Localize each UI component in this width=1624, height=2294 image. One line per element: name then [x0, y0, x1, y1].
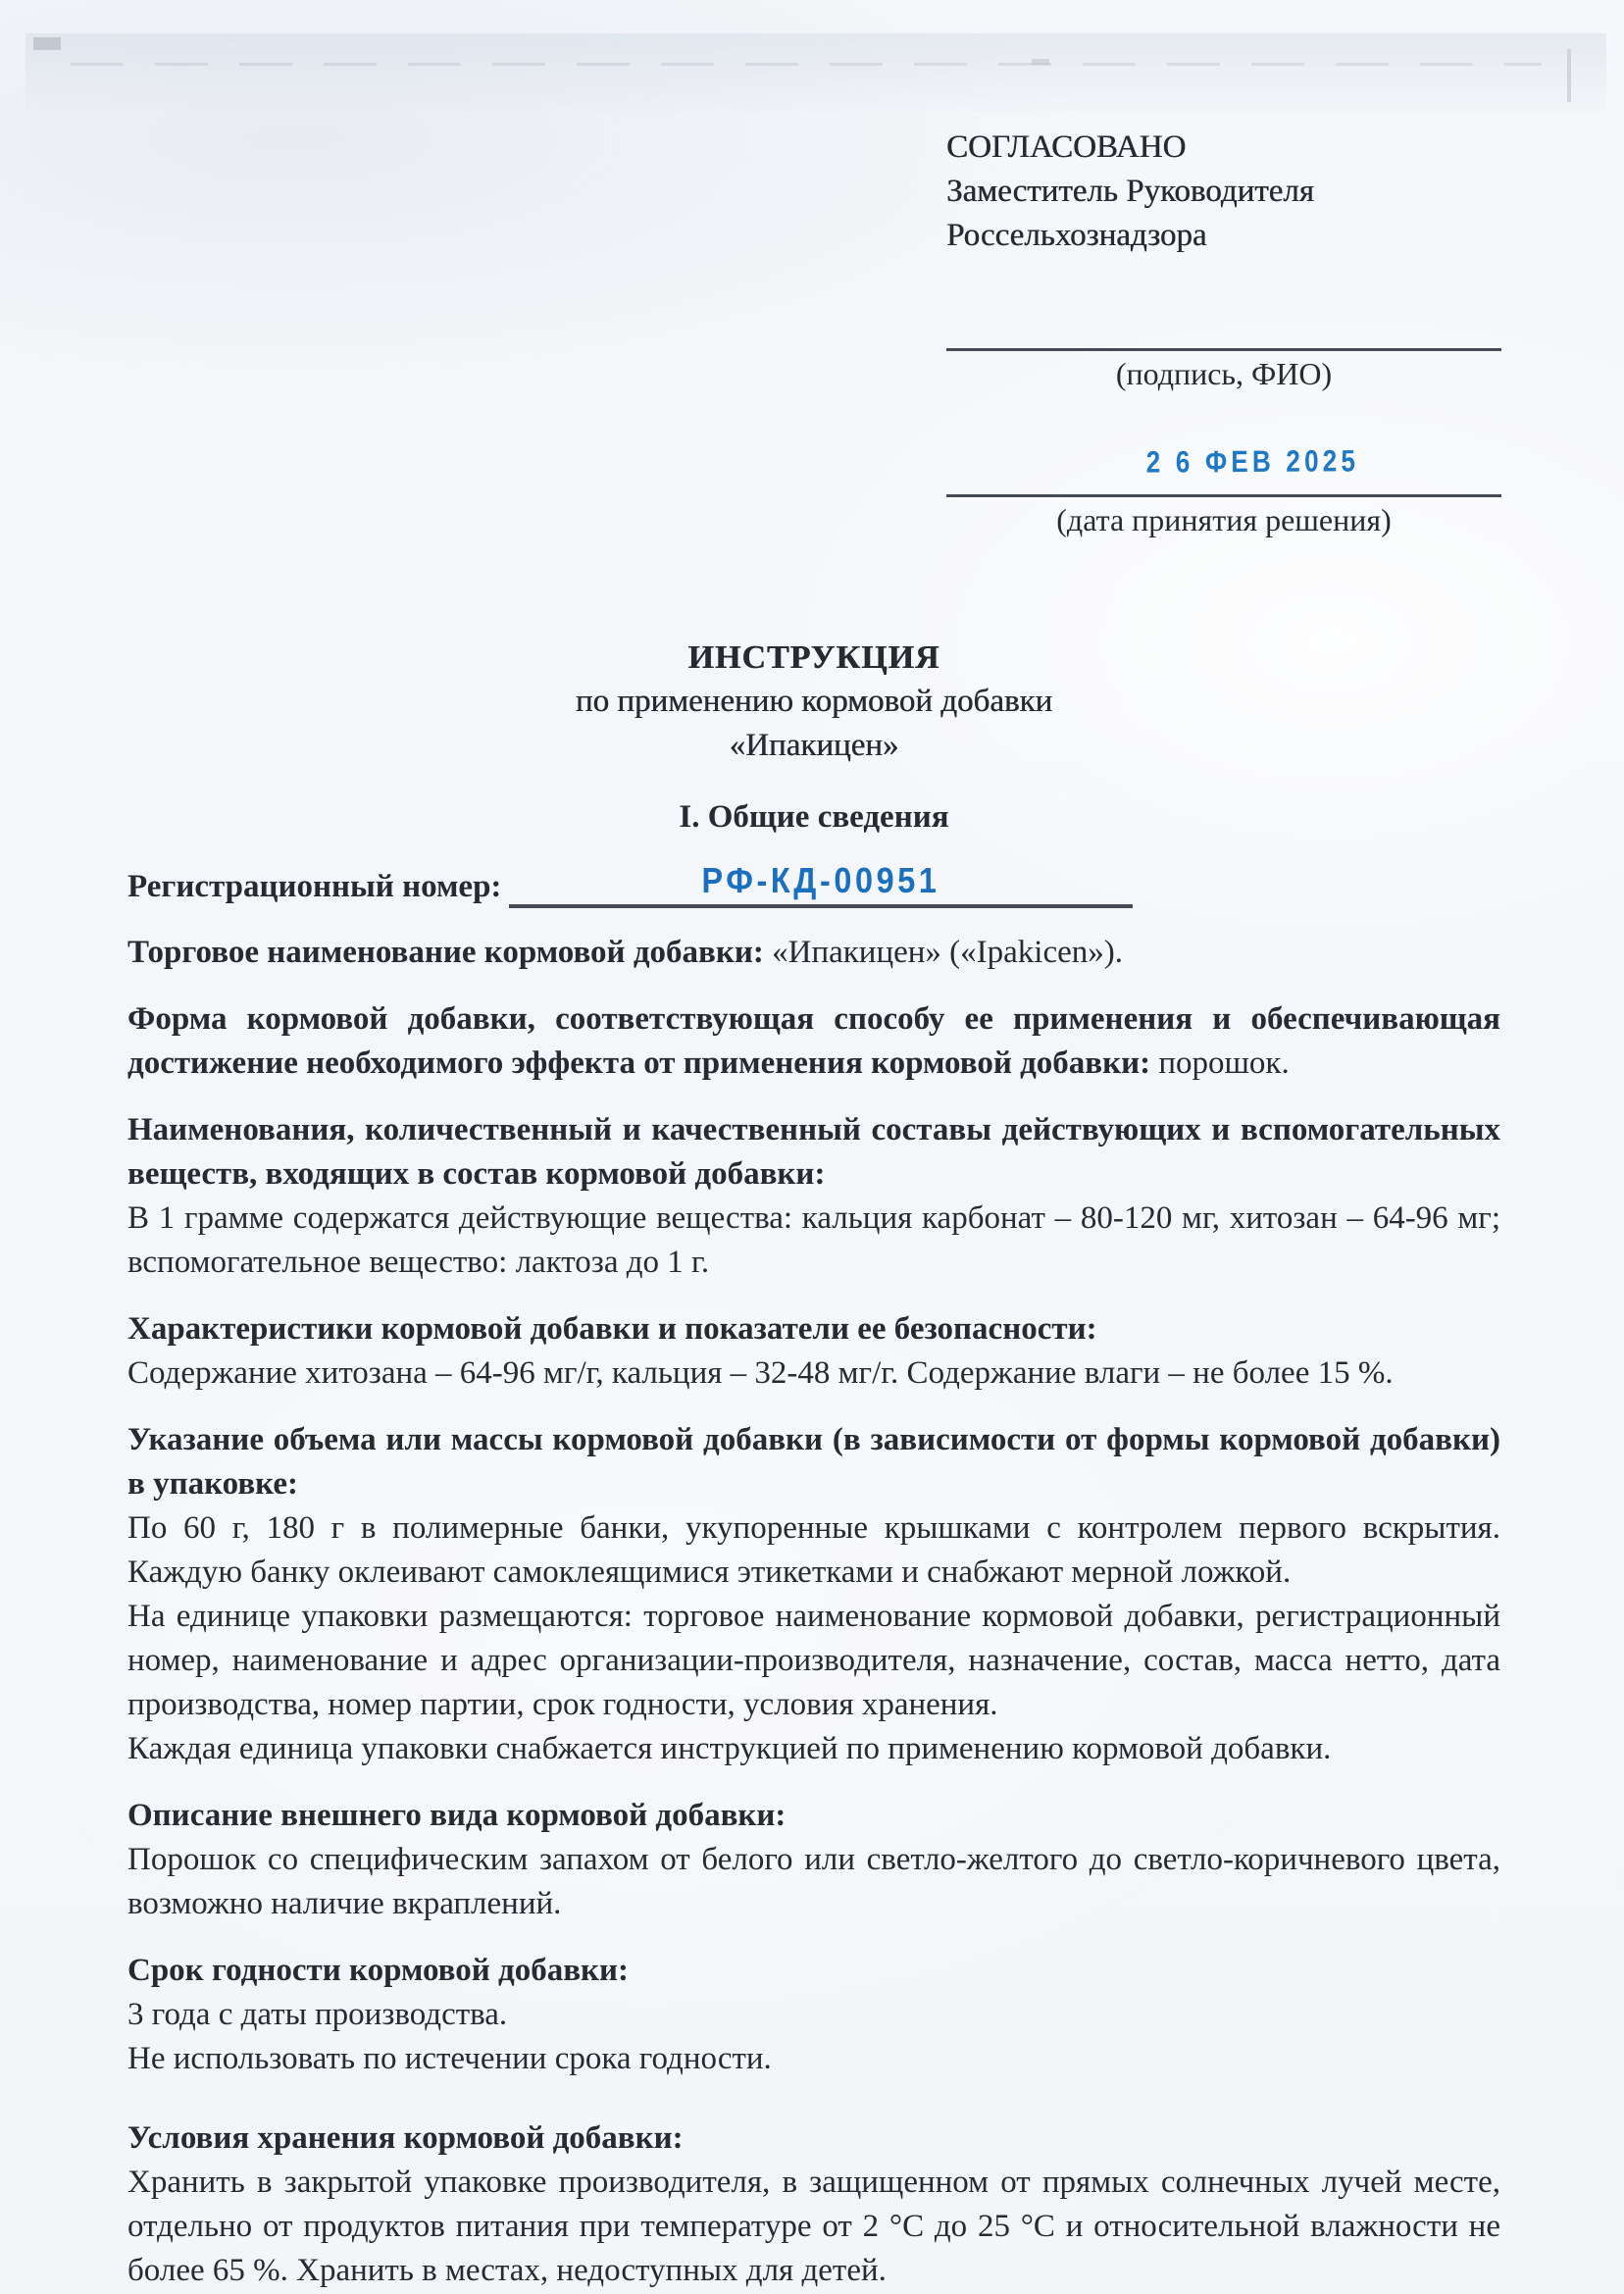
block-paragraph: Каждая единица упаковки снабжается инстр…: [127, 1727, 1500, 1771]
block-paragraph: 3 года с даты производства.: [127, 1993, 1500, 2037]
paragraph-block-packaging: Указание объема или массы кормовой добав…: [127, 1418, 1500, 1771]
block-paragraph: Не использовать по истечении срока годно…: [127, 2037, 1500, 2081]
paragraph-block-composition: Наименования, количественный и качествен…: [127, 1108, 1500, 1285]
scan-artifact-speck: [1032, 59, 1049, 65]
signature-caption: (подпись, ФИО): [946, 354, 1501, 393]
scan-artifact-band: [25, 33, 1606, 112]
registration-underline: РФ-КД-00951: [509, 859, 1133, 908]
block-heading: Указание объема или массы кормовой добав…: [127, 1422, 1500, 1502]
scan-artifact-dash: [33, 37, 61, 50]
block-paragraph: Содержание хитозана – 64-96 мг/г, кальци…: [127, 1351, 1500, 1396]
block-paragraph: Порошок со специфическим запахом от бело…: [127, 1838, 1500, 1926]
scan-artifact-line: [71, 63, 1542, 66]
date-stamp: 2 6 ФЕВ 2025: [1145, 441, 1359, 482]
section-heading: I. Общие сведения: [127, 795, 1500, 840]
block-heading: Условия хранения кормовой добавки:: [127, 2120, 684, 2156]
paragraph-block-storage: Условия хранения кормовой добавки: Храни…: [127, 2116, 1500, 2293]
block-heading: Описание внешнего вида кормовой добавки:: [127, 1798, 786, 1833]
block-paragraph: Хранить в закрытой упаковке производител…: [127, 2161, 1500, 2293]
document-title: ИНСТРУКЦИЯ по применению кормовой добавк…: [127, 636, 1500, 768]
paragraph-block-characteristics: Характеристики кормовой добавки и показа…: [127, 1307, 1500, 1396]
document-page: СОГЛАСОВАНО Заместитель Руководителя Рос…: [0, 0, 1624, 2294]
block-paragraph: По 60 г, 180 г в полимерные банки, укупо…: [127, 1506, 1500, 1595]
decision-date-caption: (дата принятия решения): [946, 500, 1501, 539]
block-inline-text: «Ипакицен» («Ipakicen»).: [764, 935, 1123, 970]
approver-organization: Россельхознадзора: [946, 214, 1501, 258]
paragraph-block-shelf-life: Срок годности кормовой добавки: 3 года с…: [127, 1949, 1500, 2081]
title-line2: по применению кормовой добавки: [127, 680, 1500, 724]
block-heading: Характеристики кормовой добавки и показа…: [127, 1311, 1097, 1347]
block-heading: Торговое наименование кормовой добавки:: [127, 935, 764, 970]
scan-artifact-tick: [1567, 49, 1571, 102]
stamp-row: 2 6 ФЕВ 2025: [946, 442, 1501, 485]
block-heading: Наименования, количественный и качествен…: [127, 1112, 1500, 1192]
registration-row: Регистрационный номер: РФ-КД-00951: [127, 859, 1500, 908]
signature-line: [946, 348, 1501, 351]
approval-status: СОГЛАСОВАНО: [946, 126, 1501, 170]
decision-date-line: [946, 494, 1501, 497]
block-paragraph: В 1 грамме содержатся действующие вещест…: [127, 1197, 1500, 1285]
block-heading: Форма кормовой добавки, соответствующая …: [127, 1001, 1500, 1081]
registration-label: Регистрационный номер:: [127, 866, 501, 908]
title-line3: «Ипакицен»: [127, 724, 1500, 768]
block-heading: Срок годности кормовой добавки:: [127, 1953, 629, 1988]
registration-number: РФ-КД-00951: [702, 859, 940, 902]
block-paragraph: На единице упаковки размещаются: торгово…: [127, 1595, 1500, 1727]
paragraph-block-form: Форма кормовой добавки, соответствующая …: [127, 997, 1500, 1086]
title-line1: ИНСТРУКЦИЯ: [127, 636, 1500, 680]
paragraph-block-appearance: Описание внешнего вида кормовой добавки:…: [127, 1794, 1500, 1926]
paragraph-block-trade-name: Торговое наименование кормовой добавки: …: [127, 931, 1500, 975]
block-inline-text: порошок.: [1150, 1045, 1290, 1081]
approver-position: Заместитель Руководителя: [946, 170, 1501, 214]
